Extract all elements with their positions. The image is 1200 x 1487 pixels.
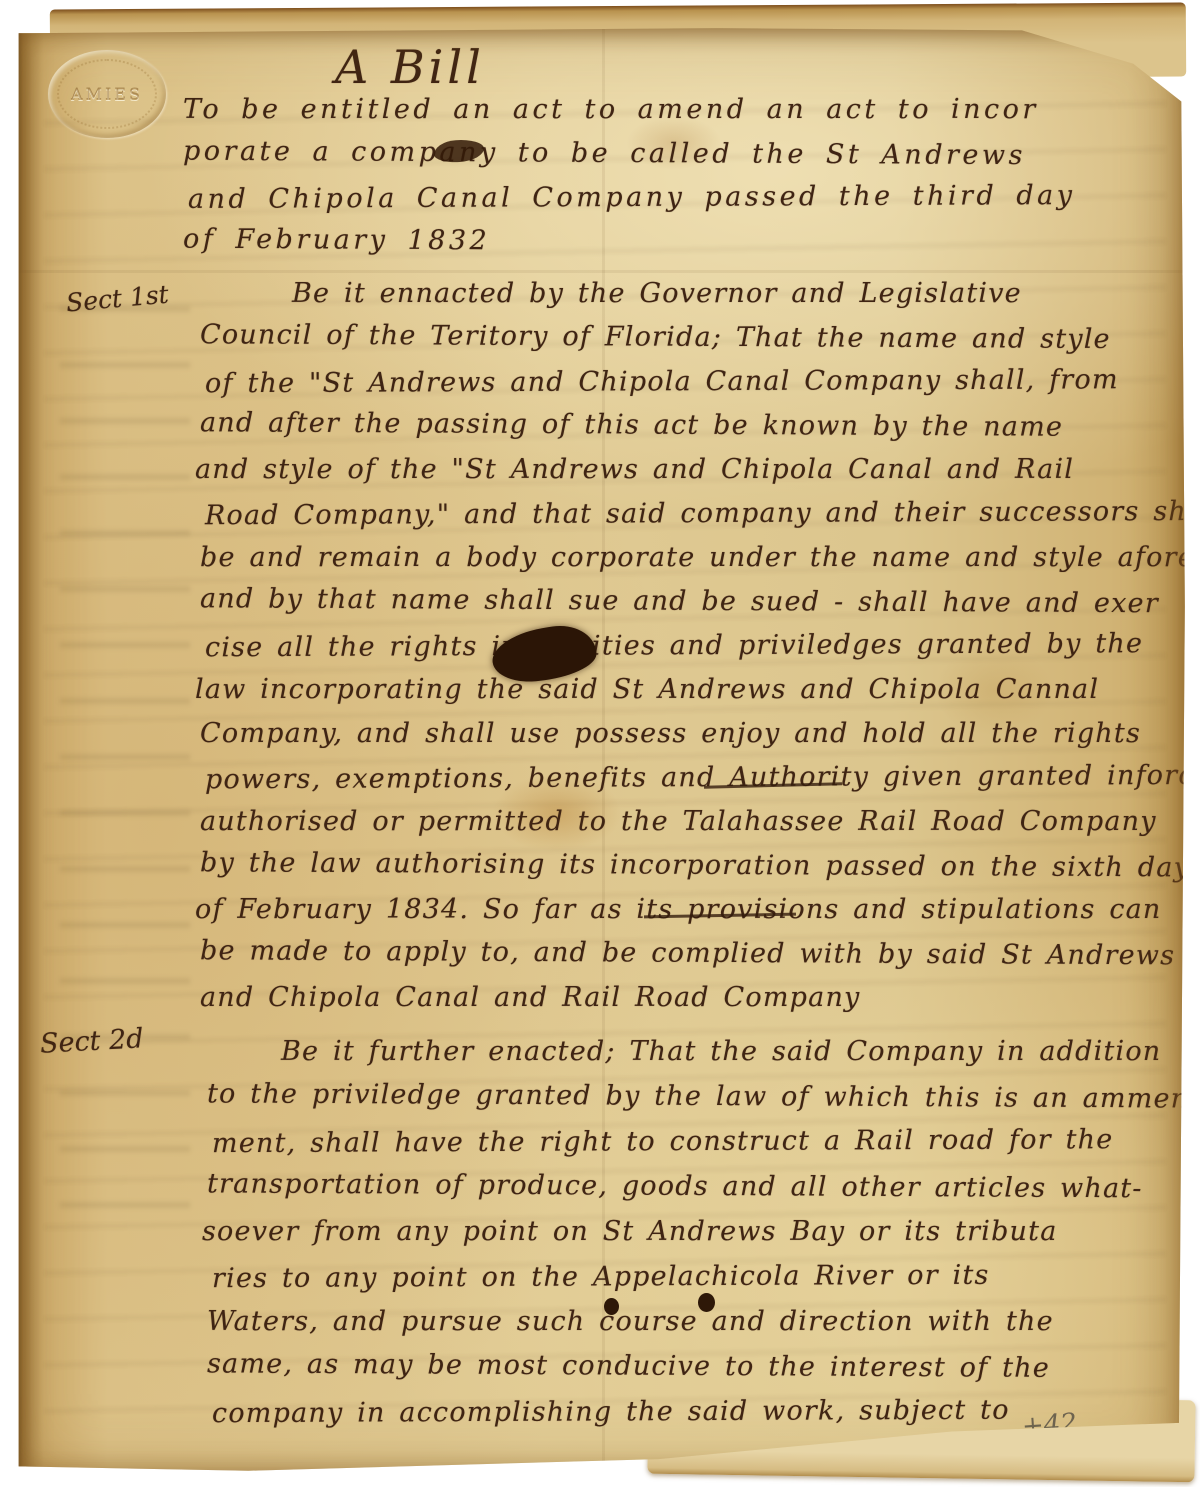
manuscript-line: and by that name shall sue and be sued -… [200,583,1186,633]
manuscript-page: AMIES A Bill To be entitled an act to am… [14,26,1186,1478]
manuscript-line: ment, shall have the right to construct … [212,1124,1186,1173]
manuscript-line: ries to any point on the Appelachicola R… [212,1259,1186,1308]
manuscript-line: Be it ennacted by the Governor and Legis… [200,278,1186,322]
manuscript-line: law incorporating the said St Andrews an… [195,674,1186,718]
section-1-paragraph: Be it ennacted by the Governor and Legis… [200,278,1186,1026]
manuscript-line: Be it further enacted; That the said Com… [207,1036,1186,1081]
embossed-stamp-text: AMIES [71,85,143,104]
left-fold-shadow [14,26,44,1478]
manuscript-line: by the law authorising its incorporation… [200,847,1186,897]
manuscript-line: soever from any point on St Andrews Bay … [202,1216,1186,1261]
manuscript-scan: AMIES A Bill To be entitled an act to am… [0,0,1200,1487]
manuscript-line: same, as may be most conducive to the in… [207,1348,1186,1398]
manuscript-line: transportation of produce, goods and all… [207,1168,1186,1218]
manuscript-line: and Chipola Canal Company passed the thi… [188,180,1076,228]
manuscript-line: powers, exemptions, benefits and Authori… [205,760,1186,809]
manuscript-line: Company, and shall use possess enjoy and… [200,718,1186,762]
manuscript-line: cise all the rights immunities and privi… [205,628,1186,677]
manuscript-line: and style of the "St Andrews and Chipola… [195,454,1186,498]
manuscript-line: and Chipola Canal and Rail Road Company [200,982,1186,1026]
margin-label-section-1: Sect 1st [65,280,170,318]
manuscript-line: Waters, and pursue such course and direc… [207,1306,1186,1351]
manuscript-line: Council of the Teritory of Florida; That… [200,319,1186,369]
margin-label-section-2: Sect 2d [39,1023,144,1059]
manuscript-line: to the priviledge granted by the law of … [207,1078,1186,1128]
manuscript-line: of the "St Andrews and Chipola Canal Com… [205,364,1186,413]
verso-margin-marks [60,306,190,1236]
section-2-paragraph: Be it further enacted; That the said Com… [207,1036,1186,1441]
manuscript-line: and after the passing of this act be kno… [200,407,1186,457]
manuscript-line: of February 1832 [183,224,1071,273]
manuscript-line: be and remain a body corporate under the… [200,542,1186,586]
manuscript-line: To be entitled an act to amend an act to… [183,94,1071,138]
manuscript-line: porate a company to be called the St And… [183,136,1071,185]
embossed-papermaker-stamp: AMIES [48,50,166,138]
document-title: A Bill [335,40,485,94]
manuscript-line: be made to apply to, and be complied wit… [200,935,1186,985]
manuscript-line: of February 1834. So far as its provisio… [195,894,1186,938]
manuscript-line: authorised or permitted to the Talahasse… [200,806,1186,850]
manuscript-line: Road Company," and that said company and… [205,496,1186,545]
preamble-paragraph: To be entitled an act to amend an act to… [183,94,1071,270]
